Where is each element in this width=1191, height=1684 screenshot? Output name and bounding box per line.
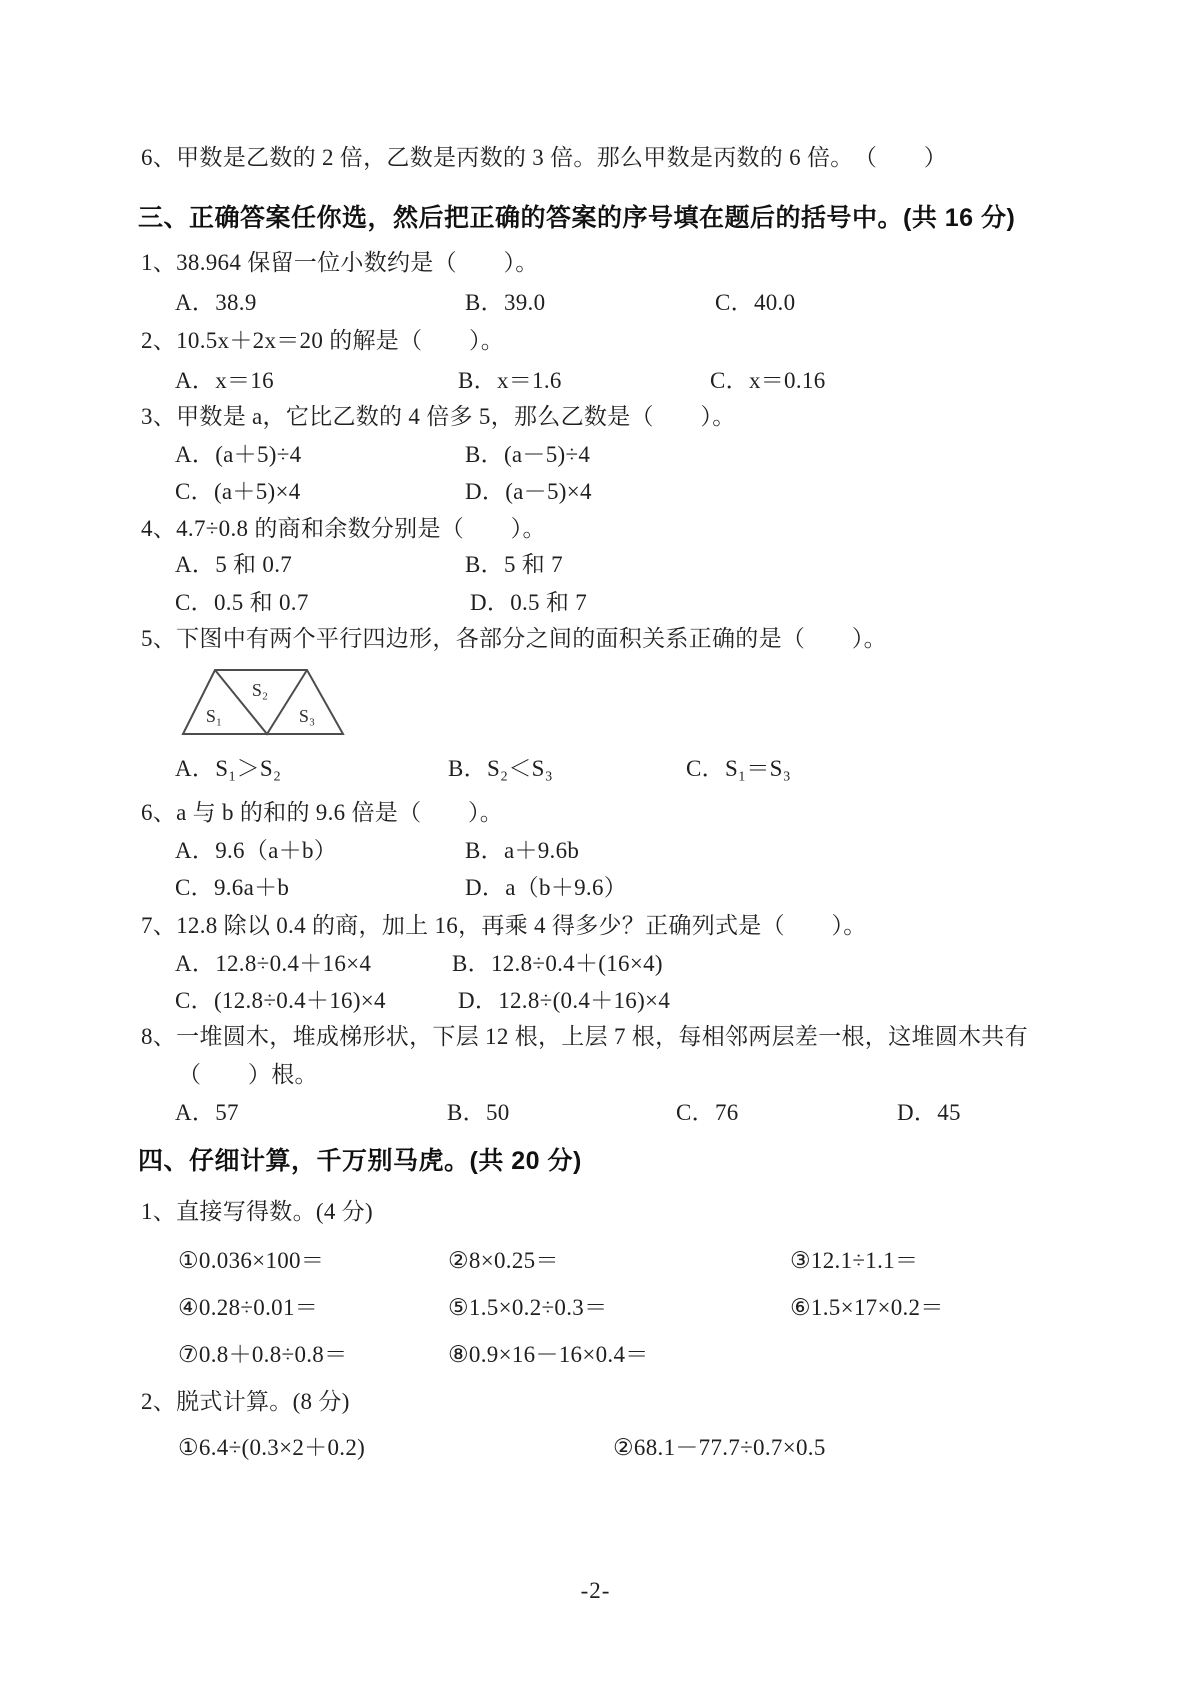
- s3-q8-option-b: B．50: [447, 1098, 510, 1127]
- s3-q3-option-b: B．(a－5)÷4: [465, 440, 590, 469]
- s4-q1-item-7: ⑦0.8＋0.8÷0.8＝: [178, 1340, 347, 1369]
- s3-q6-option-a: A．9.6（a＋b）: [175, 836, 337, 865]
- s3-q4-option-c: C．0.5 和 0.7: [175, 588, 309, 617]
- s3-q7-option-a: A．12.8÷0.4＋16×4: [175, 949, 371, 978]
- s3-q3-option-d: D．(a－5)×4: [465, 477, 592, 506]
- s3-q2-option-a: A．x＝16: [175, 366, 274, 395]
- figure-label-s2: S₂: [252, 680, 268, 700]
- parallelogram-figure: S₁ S₂ S₃: [178, 664, 350, 740]
- s3-q7-stem: 7、12.8 除以 0.4 的商，加上 16，再乘 4 得多少？正确列式是（ ）…: [141, 911, 867, 940]
- section3-heading: 三、正确答案任你选，然后把正确的答案的序号填在题后的括号中。(共 16 分): [138, 204, 1015, 233]
- s3-q2-option-b: B．x＝1.6: [458, 366, 562, 395]
- s3-q4-option-d: D．0.5 和 7: [470, 588, 587, 617]
- s3-q5-option-c: C．S₁＝S₃: [686, 754, 791, 783]
- s3-q7-option-c: C．(12.8÷0.4＋16)×4: [175, 986, 386, 1015]
- exam-page: 6、甲数是乙数的 2 倍，乙数是丙数的 3 倍。那么甲数是丙数的 6 倍。 （ …: [0, 0, 1191, 1684]
- s3-q3-option-c: C．(a＋5)×4: [175, 477, 301, 506]
- s4-q2-stem: 2、脱式计算。(8 分): [141, 1387, 350, 1416]
- s3-q3-option-a: A．(a＋5)÷4: [175, 440, 301, 469]
- s3-q5-stem: 5、下图中有两个平行四边形，各部分之间的面积关系正确的是（ ）。: [141, 624, 887, 653]
- s3-q2-stem: 2、10.5x＋2x＝20 的解是（ ）。: [141, 326, 504, 355]
- s3-q8-option-c: C．76: [676, 1098, 739, 1127]
- s3-q8-stem-wrap: （ ）根。: [178, 1060, 318, 1089]
- s4-q1-stem: 1、直接写得数。(4 分): [141, 1197, 373, 1226]
- s3-q8-option-d: D．45: [897, 1098, 961, 1127]
- section4-heading: 四、仔细计算，千万别马虎。(共 20 分): [138, 1147, 582, 1176]
- s3-q6-option-d: D．a（b＋9.6）: [465, 873, 627, 902]
- s3-q1-option-c: C．40.0: [715, 288, 795, 317]
- s3-q4-stem: 4、4.7÷0.8 的商和余数分别是（ ）。: [141, 514, 546, 543]
- s3-q1-option-a: A．38.9: [175, 288, 257, 317]
- page-number: -2-: [0, 1576, 1191, 1605]
- s3-q4-option-a: A．5 和 0.7: [175, 550, 292, 579]
- s3-q1-stem: 1、38.964 保留一位小数约是（ ）。: [141, 248, 539, 277]
- s4-q1-item-1: ①0.036×100＝: [178, 1246, 324, 1275]
- s3-q3-stem: 3、甲数是 a，它比乙数的 4 倍多 5，那么乙数是（ ）。: [141, 402, 736, 431]
- figure-label-s1: S₁: [206, 706, 222, 726]
- s4-q1-item-5: ⑤1.5×0.2÷0.3＝: [448, 1293, 607, 1322]
- s3-q8-option-a: A．57: [175, 1098, 239, 1127]
- s4-q1-item-3: ③12.1÷1.1＝: [790, 1246, 918, 1275]
- s3-q6-option-c: C．9.6a＋b: [175, 873, 289, 902]
- s3-q4-option-b: B．5 和 7: [465, 550, 563, 579]
- s4-q2-item-1: ①6.4÷(0.3×2＋0.2): [178, 1433, 365, 1462]
- s3-q8-stem: 8、一堆圆木，堆成梯形状，下层 12 根，上层 7 根，每相邻两层差一根，这堆圆…: [141, 1022, 1028, 1051]
- s3-q7-option-b: B．12.8÷0.4＋(16×4): [452, 949, 663, 978]
- s3-q6-stem: 6、a 与 b 的和的 9.6 倍是（ ）。: [141, 798, 503, 827]
- s3-q5-option-a: A．S₁＞S₂: [175, 754, 281, 783]
- s3-q6-option-b: B．a＋9.6b: [465, 836, 579, 865]
- s3-q2-option-c: C．x＝0.16: [710, 366, 826, 395]
- s4-q1-item-8: ⑧0.9×16－16×0.4＝: [448, 1340, 649, 1369]
- s3-q5-option-b: B．S₂＜S₃: [448, 754, 553, 783]
- sec2-q6-statement: 6、甲数是乙数的 2 倍，乙数是丙数的 3 倍。那么甲数是丙数的 6 倍。 （ …: [141, 143, 947, 172]
- s3-q1-option-b: B．39.0: [465, 288, 545, 317]
- s3-q7-option-d: D．12.8÷(0.4＋16)×4: [458, 986, 670, 1015]
- figure-label-s3: S₃: [299, 706, 315, 726]
- s4-q1-item-6: ⑥1.5×17×0.2＝: [790, 1293, 944, 1322]
- s4-q1-item-2: ②8×0.25＝: [448, 1246, 559, 1275]
- s4-q2-item-2: ②68.1－77.7÷0.7×0.5: [613, 1433, 826, 1462]
- s4-q1-item-4: ④0.28÷0.01＝: [178, 1293, 318, 1322]
